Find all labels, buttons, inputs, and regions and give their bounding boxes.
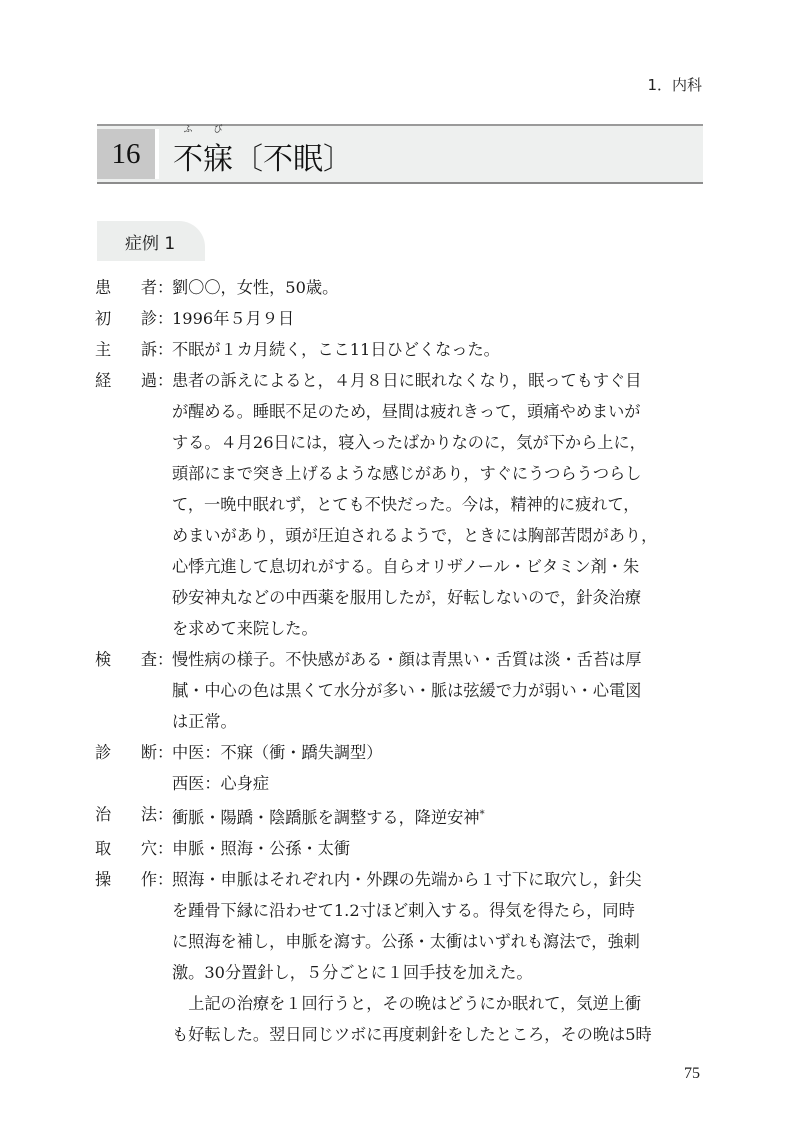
entry-label: 初 診 [95, 303, 157, 334]
text-line: 上記の治療を１回行うと，その晩はどうにか眠れて，気逆上衝 [172, 988, 705, 1019]
label-char: 穴 [141, 833, 157, 864]
colon: ： [157, 272, 172, 303]
label-char: 訴 [141, 334, 157, 365]
entry-body: 照海・申脈はそれぞれ内・外踝の先端から１寸下に取穴し，針尖 を踵骨下縁に沿わせて… [172, 864, 705, 988]
entry-acupoints: 取 穴 ： 申脈・照海・公孫・太衝 [95, 833, 705, 864]
text-line: 砂安神丸などの中西薬を服用したが，好転しないので，針灸治療 [172, 582, 705, 613]
entry-label: 治 法 [95, 799, 157, 833]
entry-body: 衝脈・陽蹻・陰蹻脈を調整する，降逆安神* [172, 799, 705, 833]
continuation-paragraph: 上記の治療を１回行うと，その晩はどうにか眠れて，気逆上衝 も好転した。翌日同じツ… [95, 988, 705, 1050]
chapter-title-char-2: 寐 [203, 142, 233, 177]
entry-body: 1996年５月９日 [172, 303, 705, 334]
entry-label: 検 査 [95, 644, 157, 737]
label-char: 患 [95, 272, 111, 303]
ruby-2: び [213, 122, 222, 135]
footnote-mark: * [480, 809, 485, 820]
text-line: 心悸亢進して息切れがする。自らオリザノール・ビタミン剤・朱 [172, 551, 705, 582]
text-line: 頭部にまで突き上げるような感じがあり，すぐにうつらうつらし [172, 458, 705, 489]
label-char: 過 [141, 365, 157, 644]
entry-chief-complaint: 主 訴 ： 不眠が１カ月続く，ここ11日ひどくなった。 [95, 334, 705, 365]
text-line: する。４月26日には，寝入ったばかりなのに，気が下から上に， [172, 427, 705, 458]
entry-label: 取 穴 [95, 833, 157, 864]
chapter-title-char-1: 不 [173, 142, 203, 177]
entry-body: 申脈・照海・公孫・太衝 [172, 833, 705, 864]
text-line: 西医：心身症 [172, 768, 705, 799]
case-heading-tab: 症例 1 [97, 221, 205, 261]
text: 衝脈・陽蹻・陰蹻脈を調整する，降逆安神 [172, 808, 480, 827]
label-char: 取 [95, 833, 111, 864]
entry-body: 不眠が１カ月続く，ここ11日ひどくなった。 [172, 334, 705, 365]
text-line: 衝脈・陽蹻・陰蹻脈を調整する，降逆安神* [172, 799, 705, 833]
ruby-1: ふ [183, 122, 192, 135]
chapter-number: 16 [97, 129, 155, 179]
colon: ： [157, 737, 172, 799]
page-number: 75 [684, 1065, 700, 1083]
entry-body: 劉〇〇，女性，50歳。 [172, 272, 705, 303]
chapter-title-ruby-group: ふ び 不寐 [173, 134, 233, 178]
chapter-title: ふ び 不寐 〔不眠〕 [159, 126, 703, 182]
entry-examination: 検 査 ： 慢性病の様子。不快感がある・顔は青黒い・舌質は淡・舌苔は厚 膩・中心… [95, 644, 705, 737]
text-line: 膩・中心の色は黒くて水分が多い・脈は弦緩で力が弱い・心電図 [172, 675, 705, 706]
colon: ： [157, 799, 172, 833]
case-content: 患 者 ： 劉〇〇，女性，50歳。 初 診 ： 1996年５月９日 主 訴 ： … [95, 272, 705, 1050]
text-line: て，一晩中眠れず，とても不快だった。今は，精神的に疲れて， [172, 489, 705, 520]
label-char: 者 [141, 272, 157, 303]
colon: ： [157, 833, 172, 864]
colon: ： [157, 303, 172, 334]
text-line: 劉〇〇，女性，50歳。 [172, 272, 705, 303]
colon: ： [157, 644, 172, 737]
label-char: 経 [95, 365, 111, 644]
text-line: 中医：不寐（衝・蹻失調型） [172, 737, 705, 768]
entry-first-visit: 初 診 ： 1996年５月９日 [95, 303, 705, 334]
label-char: 診 [141, 303, 157, 334]
running-head: 1．内科 [647, 74, 702, 95]
text-line: 申脈・照海・公孫・太衝 [172, 833, 705, 864]
colon: ： [157, 864, 172, 988]
chapter-subtitle: 〔不眠〕 [233, 134, 353, 178]
entry-body: 中医：不寐（衝・蹻失調型） 西医：心身症 [172, 737, 705, 799]
label-char: 断 [141, 737, 157, 799]
text-line: が醒める。睡眠不足のため，昼間は疲れきって，頭痛やめまいが [172, 396, 705, 427]
colon: ： [157, 334, 172, 365]
entry-history: 経 過 ： 患者の訴えによると，４月８日に眠れなくなり，眠ってもすぐ目 が醒める… [95, 365, 705, 644]
text-line: を求めて来院した。 [172, 613, 705, 644]
text-line: 激。30分置針し，５分ごとに１回手技を加えた。 [172, 957, 705, 988]
label-char: 初 [95, 303, 111, 334]
entry-label: 操 作 [95, 864, 157, 988]
entry-treatment-principle: 治 法 ： 衝脈・陽蹻・陰蹻脈を調整する，降逆安神* [95, 799, 705, 833]
entry-label: 患 者 [95, 272, 157, 303]
text-line: は正常。 [172, 706, 705, 737]
text-line: 照海・申脈はそれぞれ内・外踝の先端から１寸下に取穴し，針尖 [172, 864, 705, 895]
label-char: 操 [95, 864, 111, 988]
text-line: も好転した。翌日同じツボに再度刺針をしたところ，その晩は5時 [172, 1019, 705, 1050]
text-line: めまいがあり，頭が圧迫されるようで，ときには胸部苦悶があり， [172, 520, 705, 551]
label-char: 主 [95, 334, 111, 365]
text-line: に照海を補し，申脈を瀉す。公孫・太衝はいずれも瀉法で，強刺 [172, 926, 705, 957]
text-line: を踵骨下縁に沿わせて1.2寸ほど刺入する。得気を得たら，同時 [172, 895, 705, 926]
label-char: 検 [95, 644, 111, 737]
entry-label: 経 過 [95, 365, 157, 644]
text-line: 慢性病の様子。不快感がある・顔は青黒い・舌質は淡・舌苔は厚 [172, 644, 705, 675]
entry-diagnosis: 診 断 ： 中医：不寐（衝・蹻失調型） 西医：心身症 [95, 737, 705, 799]
colon: ： [157, 365, 172, 644]
label-char: 査 [141, 644, 157, 737]
text-line: 1996年５月９日 [172, 303, 705, 334]
label-char: 診 [95, 737, 111, 799]
entry-label: 主 訴 [95, 334, 157, 365]
text-line: 不眠が１カ月続く，ここ11日ひどくなった。 [172, 334, 705, 365]
entry-procedure: 操 作 ： 照海・申脈はそれぞれ内・外踝の先端から１寸下に取穴し，針尖 を踵骨下… [95, 864, 705, 988]
label-char: 治 [95, 799, 111, 833]
entry-body: 患者の訴えによると，４月８日に眠れなくなり，眠ってもすぐ目 が醒める。睡眠不足の… [172, 365, 705, 644]
text-line: 患者の訴えによると，４月８日に眠れなくなり，眠ってもすぐ目 [172, 365, 705, 396]
entry-body: 慢性病の様子。不快感がある・顔は青黒い・舌質は淡・舌苔は厚 膩・中心の色は黒くて… [172, 644, 705, 737]
chapter-title-bar: 16 ふ び 不寐 〔不眠〕 [97, 124, 703, 184]
entry-label: 診 断 [95, 737, 157, 799]
entry-patient: 患 者 ： 劉〇〇，女性，50歳。 [95, 272, 705, 303]
ruby-reading: ふ び [173, 122, 233, 135]
label-char: 作 [141, 864, 157, 988]
label-char: 法 [141, 799, 157, 833]
